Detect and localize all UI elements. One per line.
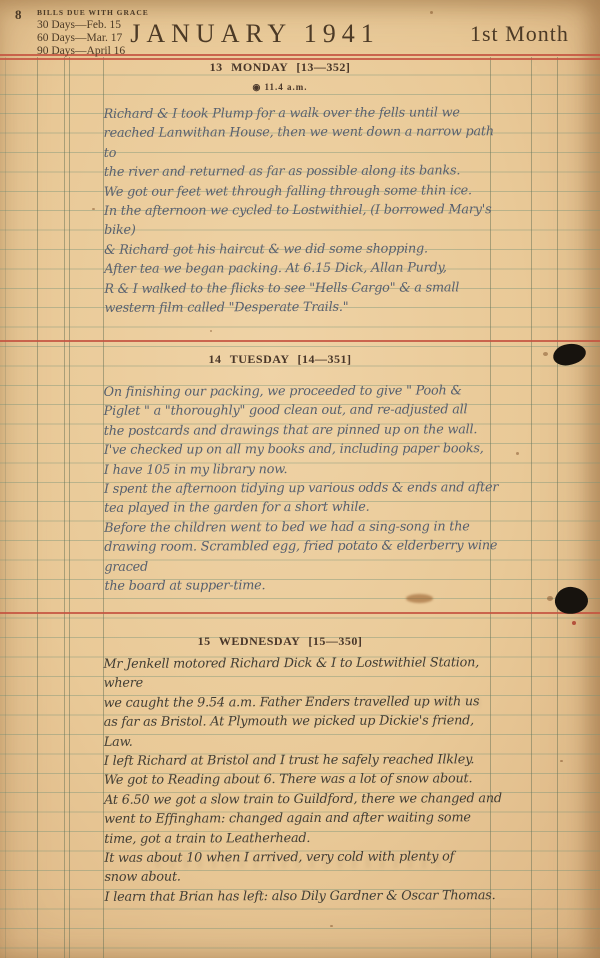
margin-line — [5, 57, 6, 958]
month-title: JANUARY 1941 — [95, 19, 415, 49]
page-number: 8 — [15, 7, 22, 23]
brown-stain — [406, 594, 433, 603]
ink-speck — [543, 352, 548, 356]
paper-speck — [330, 925, 333, 927]
margin-line — [69, 57, 70, 958]
ink-speck — [547, 596, 553, 601]
moon-phase-note: ◉ 11.4 a.m. — [0, 82, 560, 93]
day-heading-monday: 13 MONDAY [13—352] — [0, 60, 560, 75]
diary-page: 8 BILLS DUE WITH GRACE 30 Days—Feb. 15 6… — [0, 0, 600, 958]
ink-bleed-through — [260, 698, 480, 708]
day-heading-tuesday: 14 TUESDAY [14—351] — [0, 352, 560, 367]
paper-speck — [516, 452, 519, 455]
diary-entry-monday: Richard & I took Plump for a walk over t… — [104, 103, 507, 318]
bills-due-title: BILLS DUE WITH GRACE — [37, 6, 149, 19]
ink-bleed-through — [150, 856, 450, 868]
margin-line — [37, 57, 38, 958]
margin-line — [557, 57, 558, 958]
diary-entry-wednesday: Mr Jenkell motored Richard Dick & I to L… — [103, 653, 506, 907]
margin-line — [531, 57, 532, 958]
scanned-diary-photo: 8 BILLS DUE WITH GRACE 30 Days—Feb. 15 6… — [0, 0, 600, 958]
month-ordinal-label: 1st Month — [470, 21, 590, 47]
red-speck — [572, 621, 576, 625]
paper-speck — [430, 11, 433, 14]
day-heading-wednesday: 15 WEDNESDAY [15—350] — [0, 634, 560, 649]
section-divider-red-rule — [0, 612, 600, 614]
paper-speck — [268, 118, 270, 120]
paper-speck — [560, 760, 563, 762]
paper-speck — [92, 208, 95, 210]
section-divider-red-rule — [0, 340, 600, 342]
margin-line — [64, 57, 65, 958]
diary-entry-tuesday: On finishing our packing, we proceeded t… — [104, 381, 507, 596]
paper-speck — [210, 330, 212, 332]
